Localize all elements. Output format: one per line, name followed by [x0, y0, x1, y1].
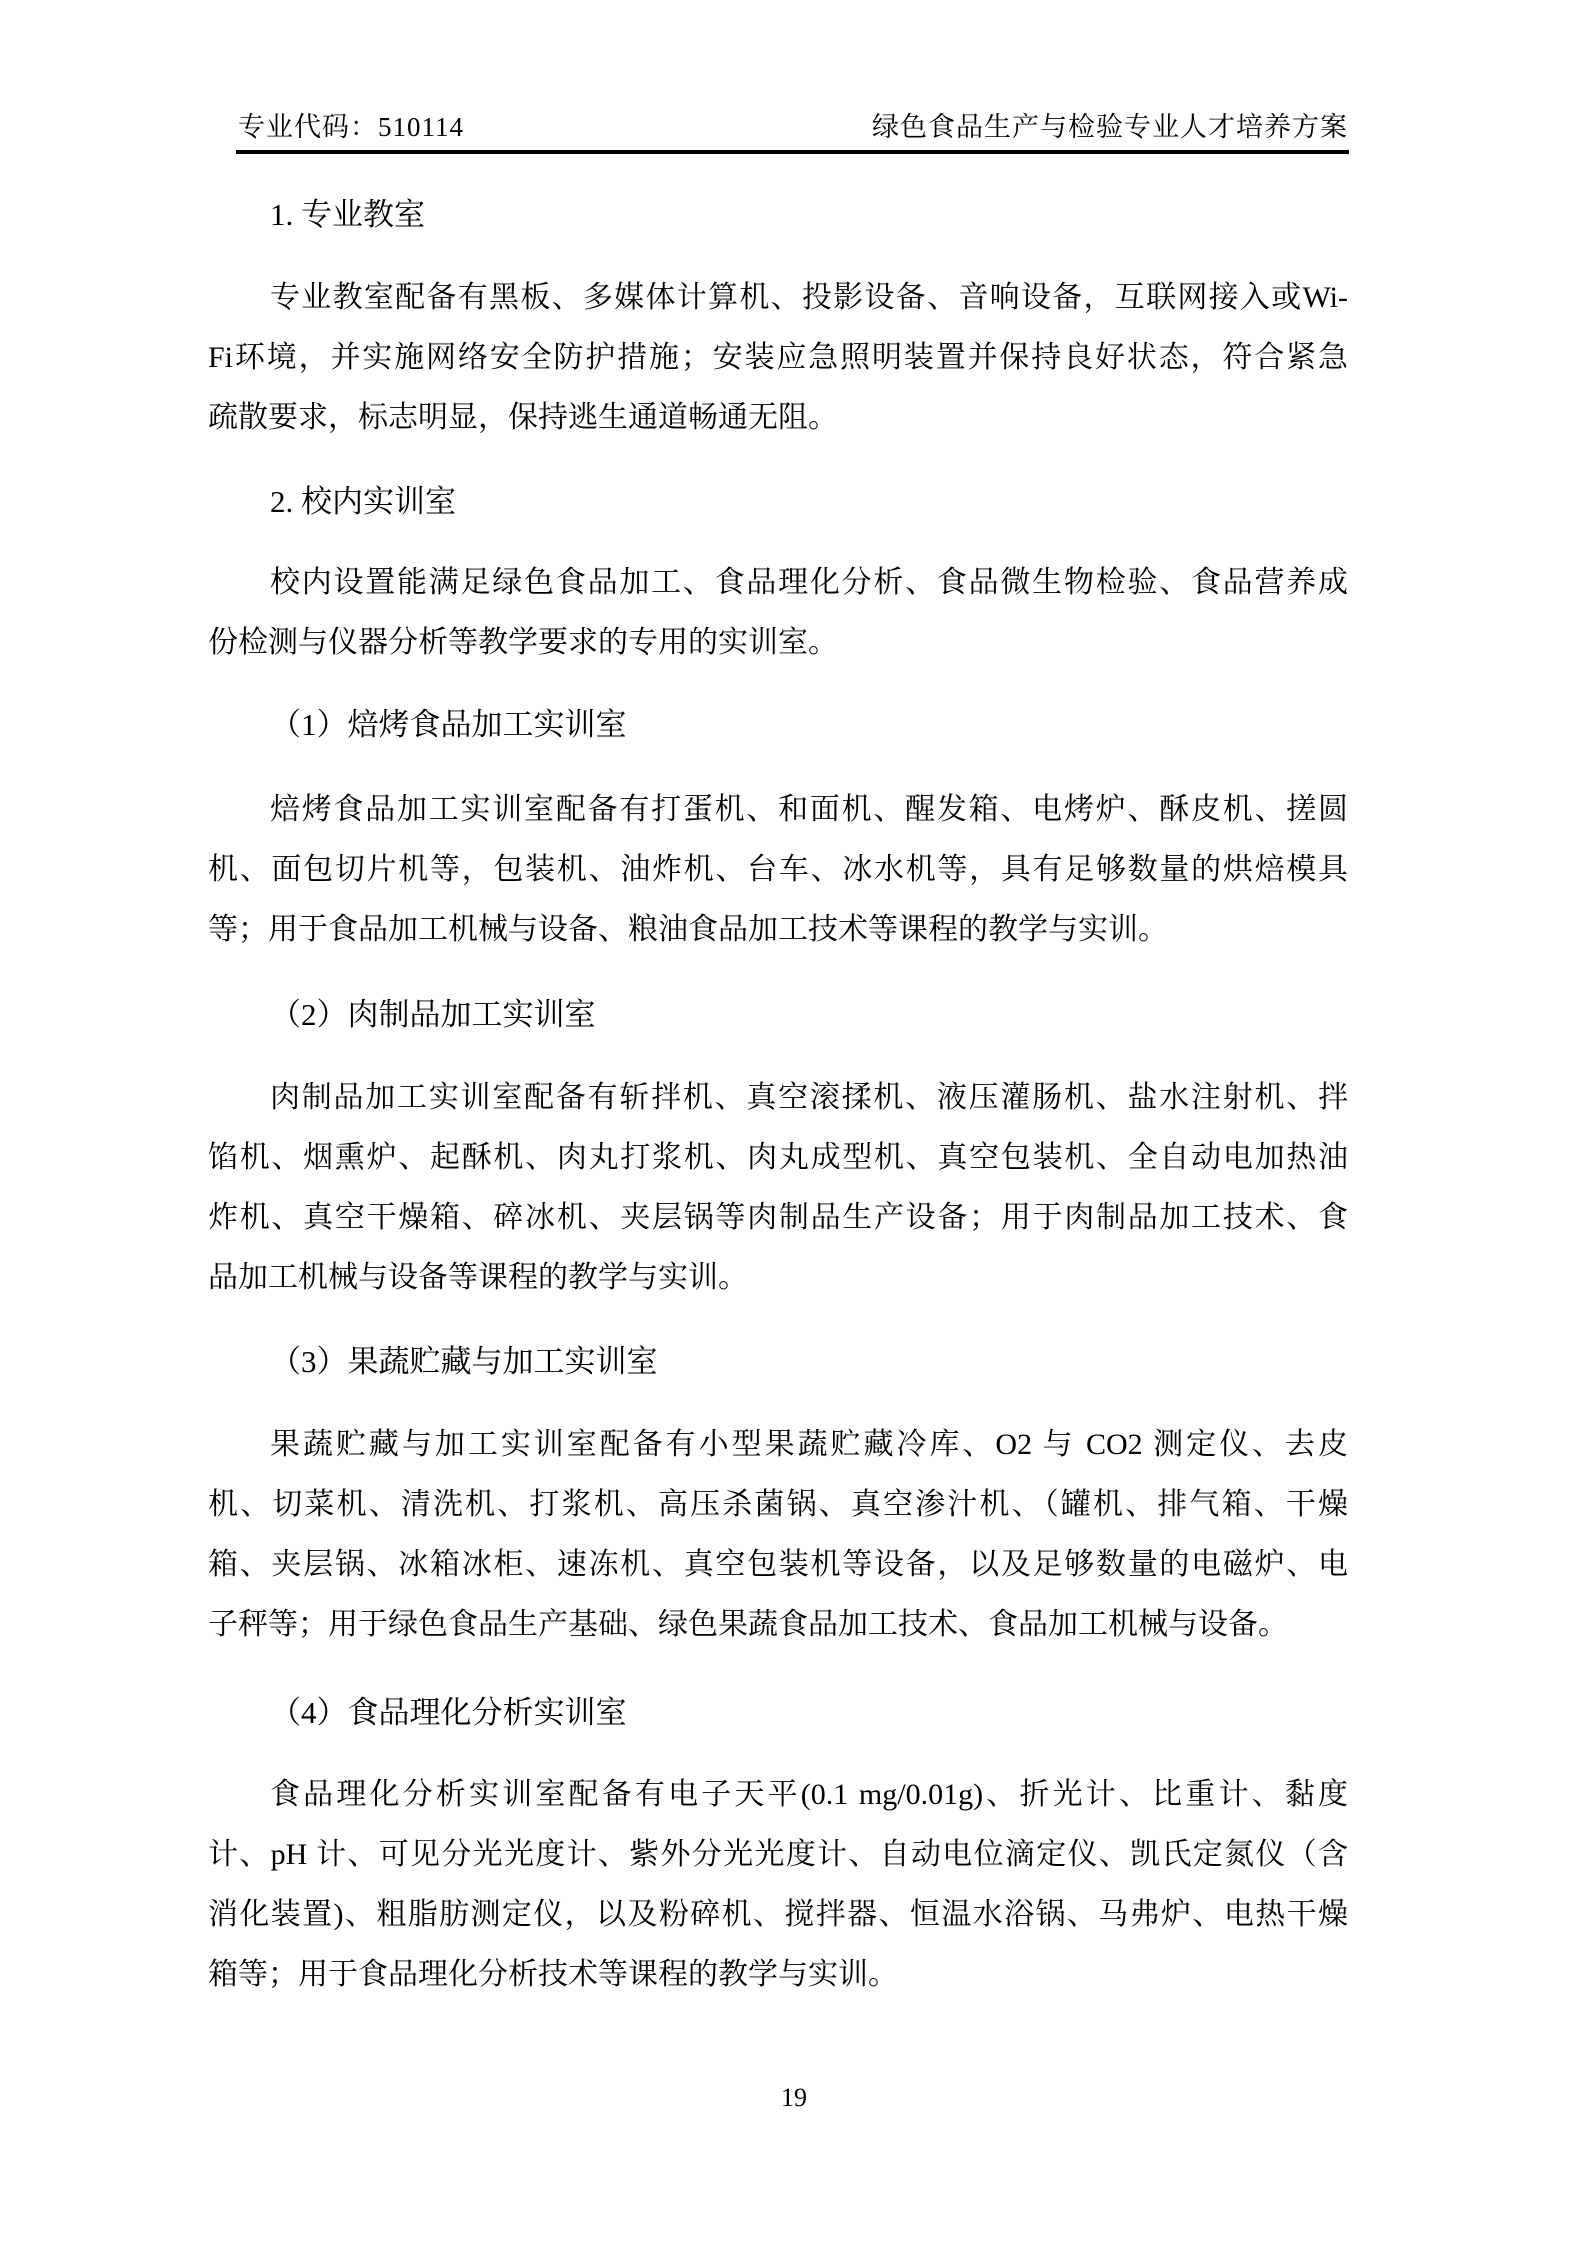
paragraph-4-line: 馅机、烟熏炉、起酥机、肉丸打浆机、肉丸成型机、真空包装机、全自动电加热油: [208, 1128, 1348, 1188]
paragraph-2: 校内设置能满足绿色食品加工、食品理化分析、食品微生物检验、食品营养成 份检测与仪…: [208, 553, 1348, 673]
section-heading-2: 2. 校内实训室: [208, 472, 1348, 532]
section-heading-1: 1. 专业教室: [208, 185, 1348, 245]
paragraph-5: 果蔬贮藏与加工实训室配备有小型果蔬贮藏冷库、O2 与 CO2 测定仪、去皮 机、…: [208, 1415, 1348, 1655]
paragraph-6-line: 消化装置)、粗脂肪测定仪，以及粉碎机、搅拌器、恒温水浴锅、马弗炉、电热干燥: [208, 1885, 1348, 1945]
section-heading-6: （4）食品理化分析实训室: [208, 1683, 1348, 1743]
section-heading-5: （3）果蔬贮藏与加工实训室: [208, 1332, 1348, 1392]
paragraph-5-line: 机、切菜机、清洗机、打浆机、高压杀菌锅、真空渗汁机、（罐机、排气箱、干燥: [208, 1475, 1348, 1535]
paragraph-1-line: 专业教室配备有黑板、多媒体计算机、投影设备、音响设备，互联网接入或Wi-: [208, 268, 1348, 328]
paragraph-4-line: 炸机、真空干燥箱、碎冰机、夹层锅等肉制品生产设备；用于肉制品加工技术、食: [208, 1188, 1348, 1248]
paragraph-6-line: 计、pH 计、可见分光光度计、紫外分光光度计、自动电位滴定仪、凯氏定氮仪（含: [208, 1825, 1348, 1885]
paragraph-5-line: 箱、夹层锅、冰箱冰柜、速冻机、真空包装机等设备，以及足够数量的电磁炉、电: [208, 1535, 1348, 1595]
paragraph-1-line: 疏散要求，标志明显，保持逃生通道畅通无阻。: [208, 388, 1348, 448]
header-doc-code: 专业代码：510114: [238, 106, 464, 148]
paragraph-6-line: 食品理化分析实训室配备有电子天平(0.1 mg/0.01g)、折光计、比重计、黏…: [208, 1765, 1348, 1825]
paragraph-4: 肉制品加工实训室配备有斩拌机、真空滚揉机、液压灌肠机、盐水注射机、拌 馅机、烟熏…: [208, 1068, 1348, 1308]
paragraph-1: 专业教室配备有黑板、多媒体计算机、投影设备、音响设备，互联网接入或Wi- Fi环…: [208, 268, 1348, 448]
paragraph-5-line: 果蔬贮藏与加工实训室配备有小型果蔬贮藏冷库、O2 与 CO2 测定仪、去皮: [208, 1415, 1348, 1475]
section-heading-4: （2）肉制品加工实训室: [208, 985, 1348, 1045]
paragraph-3-line: 机、面包切片机等，包装机、油炸机、台车、冰水机等，具有足够数量的烘焙模具: [208, 840, 1348, 900]
document-page: 专业代码：510114 绿色食品生产与检验专业人才培养方案 1. 专业教室 专业…: [0, 0, 1588, 2245]
paragraph-6-line: 箱等；用于食品理化分析技术等课程的教学与实训。: [208, 1945, 1348, 2005]
paragraph-2-line: 校内设置能满足绿色食品加工、食品理化分析、食品微生物检验、食品营养成: [208, 553, 1348, 613]
section-heading-3: （1）焙烤食品加工实训室: [208, 695, 1348, 755]
header-doc-title: 绿色食品生产与检验专业人才培养方案: [872, 106, 1348, 148]
paragraph-3-line: 等；用于食品加工机械与设备、粮油食品加工技术等课程的教学与实训。: [208, 900, 1348, 960]
paragraph-4-line: 肉制品加工实训室配备有斩拌机、真空滚揉机、液压灌肠机、盐水注射机、拌: [208, 1068, 1348, 1128]
header-rule: [236, 150, 1349, 154]
paragraph-6: 食品理化分析实训室配备有电子天平(0.1 mg/0.01g)、折光计、比重计、黏…: [208, 1765, 1348, 2005]
paragraph-4-line: 品加工机械与设备等课程的教学与实训。: [208, 1248, 1348, 1308]
paragraph-1-line: Fi环境，并实施网络安全防护措施；安装应急照明装置并保持良好状态，符合紧急: [208, 328, 1348, 388]
paragraph-3: 焙烤食品加工实训室配备有打蛋机、和面机、醒发箱、电烤炉、酥皮机、搓圆 机、面包切…: [208, 780, 1348, 960]
paragraph-3-line: 焙烤食品加工实训室配备有打蛋机、和面机、醒发箱、电烤炉、酥皮机、搓圆: [208, 780, 1348, 840]
paragraph-5-line: 子秤等；用于绿色食品生产基础、绿色果蔬食品加工技术、食品加工机械与设备。: [208, 1595, 1348, 1655]
paragraph-2-line: 份检测与仪器分析等教学要求的专用的实训室。: [208, 613, 1348, 673]
page-number: 19: [0, 2076, 1588, 2120]
